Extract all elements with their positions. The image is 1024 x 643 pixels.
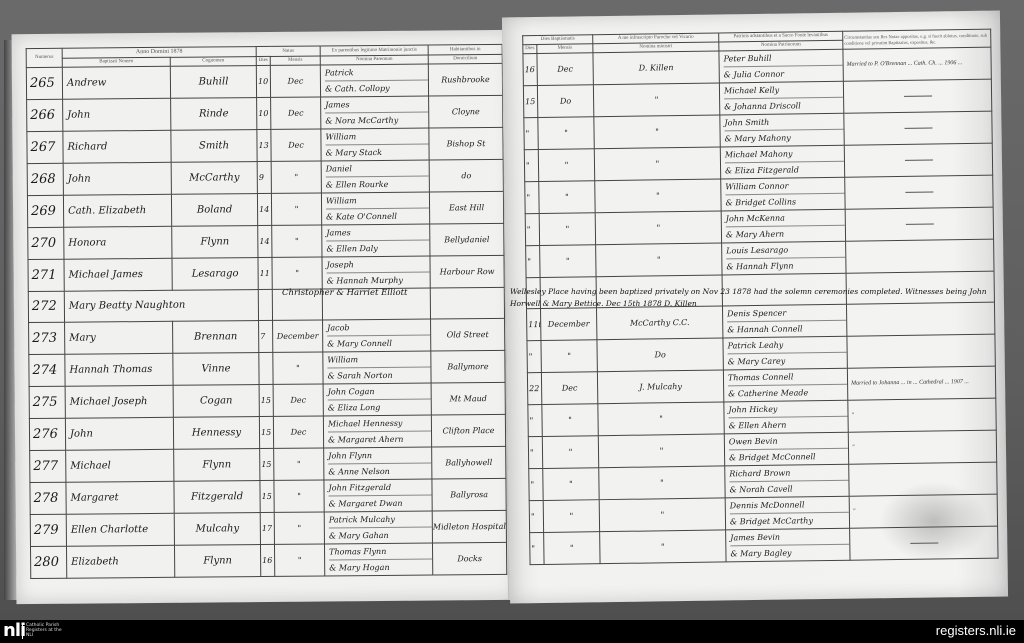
mother-name: & Mary Hogan	[329, 559, 432, 575]
sponsors-names: Owen Bevin& Bridget McConnell	[724, 432, 848, 466]
father-name: William	[326, 193, 429, 210]
mother-name: & Ellen Rourke	[326, 177, 429, 193]
father-name: John Fitzgerald	[328, 479, 431, 496]
mother-name: & Mary Connell	[327, 335, 430, 351]
baptized-name: Michael	[66, 449, 174, 482]
godfather-name: James Bevin	[730, 528, 849, 546]
entry-272-note-right: Wellesley Place having been baptized pri…	[510, 286, 990, 310]
baptism-note	[846, 239, 994, 273]
baptized-name: John	[63, 98, 171, 131]
residence: Docks	[433, 542, 507, 575]
birth-day: 7	[259, 320, 273, 352]
mother-name: & Cath. Collopy	[325, 81, 428, 97]
surname: McCarthy	[171, 162, 257, 195]
register-entry-row: 277MichaelFlynn15"John Flynn& Anne Nelso…	[30, 446, 506, 482]
parents-names: Daniel& Ellen Rourke	[321, 160, 429, 193]
entry-number: 269	[27, 195, 63, 227]
godfather-name: Michael Mahony	[725, 146, 844, 164]
baptism-note	[847, 334, 995, 368]
mother-name: & Mary Gahan	[329, 527, 432, 543]
birth-month: Dec	[273, 416, 323, 448]
parents-names: John Fitzgerald& Margaret Dwan	[324, 479, 432, 512]
surname: Boland	[171, 194, 257, 227]
parents-names: Michael Hennessy& Margaret Ahern	[323, 415, 431, 448]
baptized-name: Richard	[63, 130, 171, 163]
baptized-name: Elizabeth	[66, 545, 174, 578]
godfather-name: John McKenna	[726, 210, 845, 228]
parents-names: James& Nora McCarthy	[321, 96, 429, 129]
register-entry-row: 265AndrewBuhill10DecPatrick& Cath. Collo…	[26, 64, 502, 100]
baptism-day: "	[525, 214, 539, 246]
minister-name: "	[595, 211, 721, 245]
minister-name: McCarthy C.C.	[596, 305, 722, 339]
register-entry-row: 266JohnRinde10DecJames& Nora McCarthyClo…	[27, 96, 503, 132]
parents-names: John Flynn& Anne Nelson	[324, 447, 432, 480]
residence: Ballyrosa	[432, 478, 506, 511]
godfather-name: John Hickey	[728, 400, 847, 418]
sponsors-names: John Hickey& Ellen Ahern	[724, 400, 848, 434]
mother-name: & Mary Stack	[326, 145, 429, 161]
header-born-month: Mensis	[270, 56, 320, 65]
mother-name: & Nora McCarthy	[325, 113, 428, 129]
register-entry-row: 272Mary Beatty Naughton	[28, 288, 504, 323]
baptism-note: Married to Johanna ... in ... Cathedral …	[847, 366, 995, 400]
baptized-name: John	[65, 417, 173, 450]
sponsors-names: Richard Brown& Norah Cavell	[725, 464, 849, 498]
sponsors-names: Patrick Leahy& Mary Carey	[723, 336, 847, 370]
residence: Bishop St	[429, 128, 503, 161]
residence: Midleton Hospital	[432, 510, 506, 543]
surname: Flynn	[172, 226, 258, 259]
minister-name: "	[598, 433, 724, 467]
birth-month: December	[273, 320, 323, 352]
residence: Cloyne	[429, 96, 503, 129]
baptism-day: 15	[523, 86, 537, 118]
baptized-name: Honora	[64, 226, 172, 259]
baptism-month: "	[540, 245, 596, 278]
parents-names: William& Sarah Norton	[323, 351, 431, 384]
father-name: John Flynn	[328, 447, 431, 464]
birth-day: 17	[260, 512, 274, 544]
birth-month: Dec	[271, 97, 321, 129]
mother-name: & Anne Nelson	[328, 463, 431, 479]
parents-names: Joseph& Hannah Murphy	[322, 256, 430, 289]
surname: Buhill	[170, 66, 256, 99]
surname: Mulcahy	[174, 512, 260, 545]
birth-day: 15	[260, 480, 274, 512]
minister-name: "	[599, 465, 725, 499]
register-entry-row: 269Cath. ElizabethBoland14"William& Kate…	[27, 192, 503, 228]
father-name: Daniel	[326, 161, 429, 178]
minister-name: "	[595, 179, 721, 213]
mother-name: & Kate O'Connell	[326, 209, 429, 225]
birth-month: "	[274, 480, 324, 512]
baptism-register-table-left: Numerus Anno Domini 1878 Natus Ex parent…	[26, 44, 508, 579]
parents-names: Jacob& Mary Connell	[323, 319, 431, 352]
baptism-month: Dec	[541, 371, 597, 404]
baptism-day: 11th	[526, 308, 540, 340]
godmother-name: & Mary Mahony	[725, 130, 844, 147]
sponsors-names: Thomas Connell& Catherine Meade	[723, 368, 847, 402]
godfather-name: Owen Bevin	[729, 432, 848, 450]
entry-number: 274	[29, 354, 65, 386]
birth-day: 14	[258, 226, 272, 258]
godfather-name: Peter Buhill	[723, 50, 842, 68]
residence: Rushbrooke	[428, 64, 502, 97]
birth-month: "	[272, 257, 322, 289]
minister-name: D. Killen	[593, 51, 719, 85]
father-name: Thomas Flynn	[329, 543, 432, 560]
baptism-day: "	[526, 246, 540, 278]
godmother-name: & Mary Ahern	[726, 226, 845, 243]
entry-number: 276	[29, 418, 65, 450]
baptism-month: "	[542, 403, 598, 436]
godfather-name: Patrick Leahy	[727, 336, 846, 354]
baptism-day: "	[529, 468, 543, 500]
baptism-day: 22	[527, 372, 541, 404]
residence: Ballyhowell	[432, 446, 506, 479]
godmother-name: & Johanna Driscoll	[724, 98, 843, 115]
entry-number: 275	[29, 386, 65, 418]
residence: East Hill	[429, 192, 503, 225]
entry-number: 273	[29, 322, 65, 354]
birth-month: "	[271, 161, 321, 193]
mother-name: & Ellen Daly	[326, 241, 429, 257]
minister-name: "	[594, 147, 720, 181]
baptism-month: Dec	[537, 53, 593, 86]
register-entry-row: 271Michael JamesLesarago11"Joseph& Hanna…	[28, 256, 504, 292]
register-left-page: Numerus Anno Domini 1878 Natus Ex parent…	[12, 30, 517, 604]
residence: do	[429, 160, 503, 193]
baptism-day: "	[527, 340, 541, 372]
birth-day: 13	[257, 130, 271, 162]
birth-day	[259, 352, 273, 384]
sponsors-names: Louis Lesarago& Hannah Flynn	[722, 241, 846, 275]
logo-divider	[22, 623, 23, 639]
surname: Cogan	[173, 384, 259, 417]
birth-month: "	[274, 512, 324, 544]
godfather-name: Michael Kelly	[724, 82, 843, 100]
header-notes: Circumstantiae seu Res Notae appositae, …	[843, 29, 991, 49]
baptized-name: Andrew	[62, 66, 170, 99]
baptism-day: "	[528, 404, 542, 436]
baptized-name: Margaret	[66, 481, 174, 514]
baptism-month: "	[538, 149, 594, 182]
surname: Smith	[171, 130, 257, 163]
entry-number: 280	[30, 546, 66, 578]
godfather-name: Thomas Connell	[728, 368, 847, 386]
sponsors-names: James Bevin& Mary Bagley	[726, 528, 850, 562]
birth-day: 15	[259, 384, 273, 416]
mother-name: & Margaret Dwan	[329, 495, 432, 511]
father-name: Joseph	[327, 257, 430, 274]
birth-month: "	[274, 448, 324, 480]
baptized-name: Mary	[65, 321, 173, 354]
header-baptism-day: Dies	[523, 45, 537, 54]
baptized-full-name: Mary Beatty Naughton	[64, 290, 258, 322]
birth-day: 10	[256, 66, 270, 98]
header-residence-group: Habitantibus in	[428, 44, 502, 55]
parents-names: James& Ellen Daly	[322, 224, 430, 257]
birth-day: 15	[260, 448, 274, 480]
sponsors-names: Michael Mahony& Eliza Fitzgerald	[720, 145, 844, 179]
father-name: Patrick Mulcahy	[329, 511, 432, 528]
godmother-name: & Ellen Ahern	[729, 416, 848, 433]
entry-number: 270	[28, 227, 64, 259]
baptism-month: "	[542, 435, 598, 468]
mother-name: & Hannah Murphy	[327, 273, 430, 289]
note-dash	[844, 143, 992, 177]
entry-number: 266	[27, 99, 63, 131]
residence: Harbour Row	[430, 256, 504, 289]
godfather-name: Richard Brown	[729, 464, 848, 482]
birth-month: "	[272, 225, 322, 257]
baptized-name: Michael Joseph	[65, 385, 173, 418]
mother-name: & Margaret Ahern	[328, 431, 431, 447]
godmother-name: & Catherine Meade	[728, 384, 847, 401]
entry-number: 265	[26, 67, 62, 99]
entry-number: 271	[28, 259, 64, 291]
residence: Bellydaniel	[430, 224, 504, 257]
entry-number: 279	[30, 514, 66, 546]
baptism-day: "	[524, 150, 538, 182]
parents-names: John Cogan& Eliza Long	[323, 383, 431, 416]
surname: Rinde	[171, 98, 257, 131]
mother-name: & Eliza Long	[328, 399, 431, 415]
parents-names: Patrick Mulcahy& Mary Gahan	[324, 511, 432, 544]
parents-names: William& Mary Stack	[321, 128, 429, 161]
birth-day: 16	[260, 544, 274, 576]
godmother-name: & Hannah Flynn	[726, 258, 845, 275]
sponsors-names: Michael Kelly& Johanna Driscoll	[719, 81, 843, 115]
father-name: Jacob	[327, 319, 430, 336]
surname: Vinne	[173, 352, 259, 385]
baptism-month: "	[544, 531, 600, 564]
residence: Mt Maud	[431, 382, 505, 415]
header-born-day: Dies	[256, 57, 270, 66]
sponsors-names: John McKenna& Mary Ahern	[721, 209, 845, 243]
godmother-name: & Julia Connor	[724, 66, 843, 83]
father-name: Patrick	[325, 65, 428, 82]
baptism-note: Married to P. O'Brennan ... Cath. Ch. ..…	[843, 47, 991, 81]
baptism-month: "	[541, 339, 597, 372]
viewer-footer: nli Catholic Parish Registers at the NLI…	[0, 620, 1024, 643]
baptism-day: "	[528, 436, 542, 468]
godmother-name: & Bridget Collins	[725, 194, 844, 211]
register-entry-row: 275Michael JosephCogan15DecJohn Cogan& E…	[29, 382, 505, 418]
register-entry-row: 279Ellen CharlotteMulcahy17"Patrick Mulc…	[30, 510, 506, 546]
page-stain	[878, 481, 989, 563]
residence: Ballymore	[431, 350, 505, 383]
entry-number: 277	[30, 450, 66, 482]
birth-month: Dec	[273, 384, 323, 416]
mother-name: & Sarah Norton	[327, 367, 430, 383]
baptism-month: "	[543, 499, 599, 532]
register-entry-row: 276JohnHennessy15DecMichael Hennessy& Ma…	[29, 414, 505, 450]
baptism-month: "	[543, 467, 599, 500]
entry-number: 268	[27, 163, 63, 195]
godfather-name: Louis Lesarago	[726, 242, 845, 260]
minister-name: J. Mulcahy	[597, 369, 723, 403]
father-name: Michael Hennessy	[328, 415, 431, 432]
minister-name: "	[599, 497, 725, 531]
register-entry-row: 280ElizabethFlynn16"Thomas Flynn& Mary H…	[30, 542, 506, 578]
minister-name: "	[598, 401, 724, 435]
baptism-month: "	[539, 181, 595, 214]
baptism-note: "	[848, 398, 996, 432]
register-entry-row: 268JohnMcCarthy9"Daniel& Ellen Rourkedo	[27, 160, 503, 196]
note-dash	[845, 175, 993, 209]
godmother-name: & Bridget McCarthy	[730, 512, 849, 529]
surname: Fitzgerald	[174, 480, 260, 513]
baptism-day: "	[524, 118, 538, 150]
minister-name: "	[600, 529, 726, 563]
birth-day: 10	[257, 98, 271, 130]
register-entry-row: 270HonoraFlynn14"James& Ellen DalyBellyd…	[28, 224, 504, 260]
entry-number: 272	[28, 291, 64, 322]
note-dash	[843, 79, 991, 113]
baptized-name: Ellen Charlotte	[66, 513, 174, 546]
surname: Brennan	[173, 320, 259, 353]
register-entry-row: 278MargaretFitzgerald15"John Fitzgerald&…	[30, 478, 506, 514]
birth-month: "	[274, 544, 324, 576]
logo-caption: Catholic Parish Registers at the NLI	[26, 623, 66, 638]
register-entry-row: 267RichardSmith13DecWilliam& Mary StackB…	[27, 128, 503, 164]
birth-day: 11	[258, 258, 272, 290]
sponsors-names: William Connor& Bridget Collins	[721, 177, 845, 211]
header-born: Natus	[256, 46, 320, 57]
father-name: William	[327, 351, 430, 368]
minister-name: "	[596, 243, 722, 277]
father-name: John Cogan	[328, 383, 431, 400]
father-name: William	[325, 129, 428, 146]
godfather-name: Dennis McDonnell	[730, 496, 849, 514]
birth-month: "	[273, 352, 323, 384]
note-dash	[845, 207, 993, 241]
godmother-name: & Bridget McConnell	[729, 448, 848, 465]
parents-names: Patrick& Cath. Collopy	[320, 64, 428, 97]
baptism-month: "	[538, 117, 594, 150]
residence: Old Street	[431, 318, 505, 351]
surname: Hennessy	[173, 416, 259, 449]
surname: Flynn	[174, 544, 260, 577]
birth-day: 9	[257, 162, 271, 194]
residence: Clifton Place	[431, 414, 505, 447]
baptism-day: "	[525, 182, 539, 214]
baptism-day: 16	[523, 54, 537, 86]
sponsors-names: Peter Buhill& Julia Connor	[719, 49, 843, 83]
note-dash	[844, 111, 992, 145]
baptized-name: John	[63, 162, 171, 195]
godmother-name: & Norah Cavell	[729, 480, 848, 497]
sponsors-names: Dennis McDonnell& Bridget McCarthy	[725, 496, 849, 530]
parents-names: Thomas Flynn& Mary Hogan	[325, 543, 433, 576]
birth-month: Dec	[271, 129, 321, 161]
parents-names: William& Kate O'Connell	[321, 192, 429, 225]
father-name: James	[325, 97, 428, 114]
baptized-name: Michael James	[64, 258, 172, 291]
baptism-day: "	[530, 532, 544, 564]
godmother-name: & Mary Carey	[728, 352, 847, 369]
minister-name: "	[594, 115, 720, 149]
minister-name: "	[593, 83, 719, 117]
minister-name: Do	[597, 337, 723, 371]
entry-number: 267	[27, 131, 63, 163]
father-name: James	[326, 225, 429, 242]
entry-number: 278	[30, 482, 66, 514]
header-number: Numerus	[26, 48, 62, 68]
sponsors-names: John Smith& Mary Mahony	[720, 113, 844, 147]
baptized-name: Hannah Thomas	[65, 353, 173, 386]
godmother-name: & Mary Bagley	[730, 544, 849, 561]
register-entry-row: 273MaryBrennan7DecemberJacob& Mary Conne…	[29, 318, 505, 354]
baptism-month: December	[540, 307, 596, 340]
birth-day: 15	[259, 416, 273, 448]
baptism-month: "	[539, 213, 595, 246]
birth-month: "	[271, 193, 321, 225]
birth-month: Dec	[270, 65, 320, 97]
baptism-note: "	[848, 430, 996, 464]
surname: Lesarago	[172, 258, 258, 291]
baptism-day: "	[529, 500, 543, 532]
baptized-name: Cath. Elizabeth	[63, 194, 171, 227]
site-url-link[interactable]: registers.nli.ie	[936, 623, 1016, 638]
godmother-name: & Eliza Fitzgerald	[725, 162, 844, 179]
register-entry-row: 274Hannah ThomasVinne"William& Sarah Nor…	[29, 350, 505, 386]
baptism-month: Do	[537, 85, 593, 118]
godmother-name: & Hannah Connell	[727, 320, 846, 337]
birth-day: 14	[257, 194, 271, 226]
godfather-name: William Connor	[725, 178, 844, 196]
godfather-name: John Smith	[724, 114, 843, 132]
entry-272-note-left: Christopher & Harriet Elliott	[282, 288, 407, 298]
surname: Flynn	[174, 448, 260, 481]
